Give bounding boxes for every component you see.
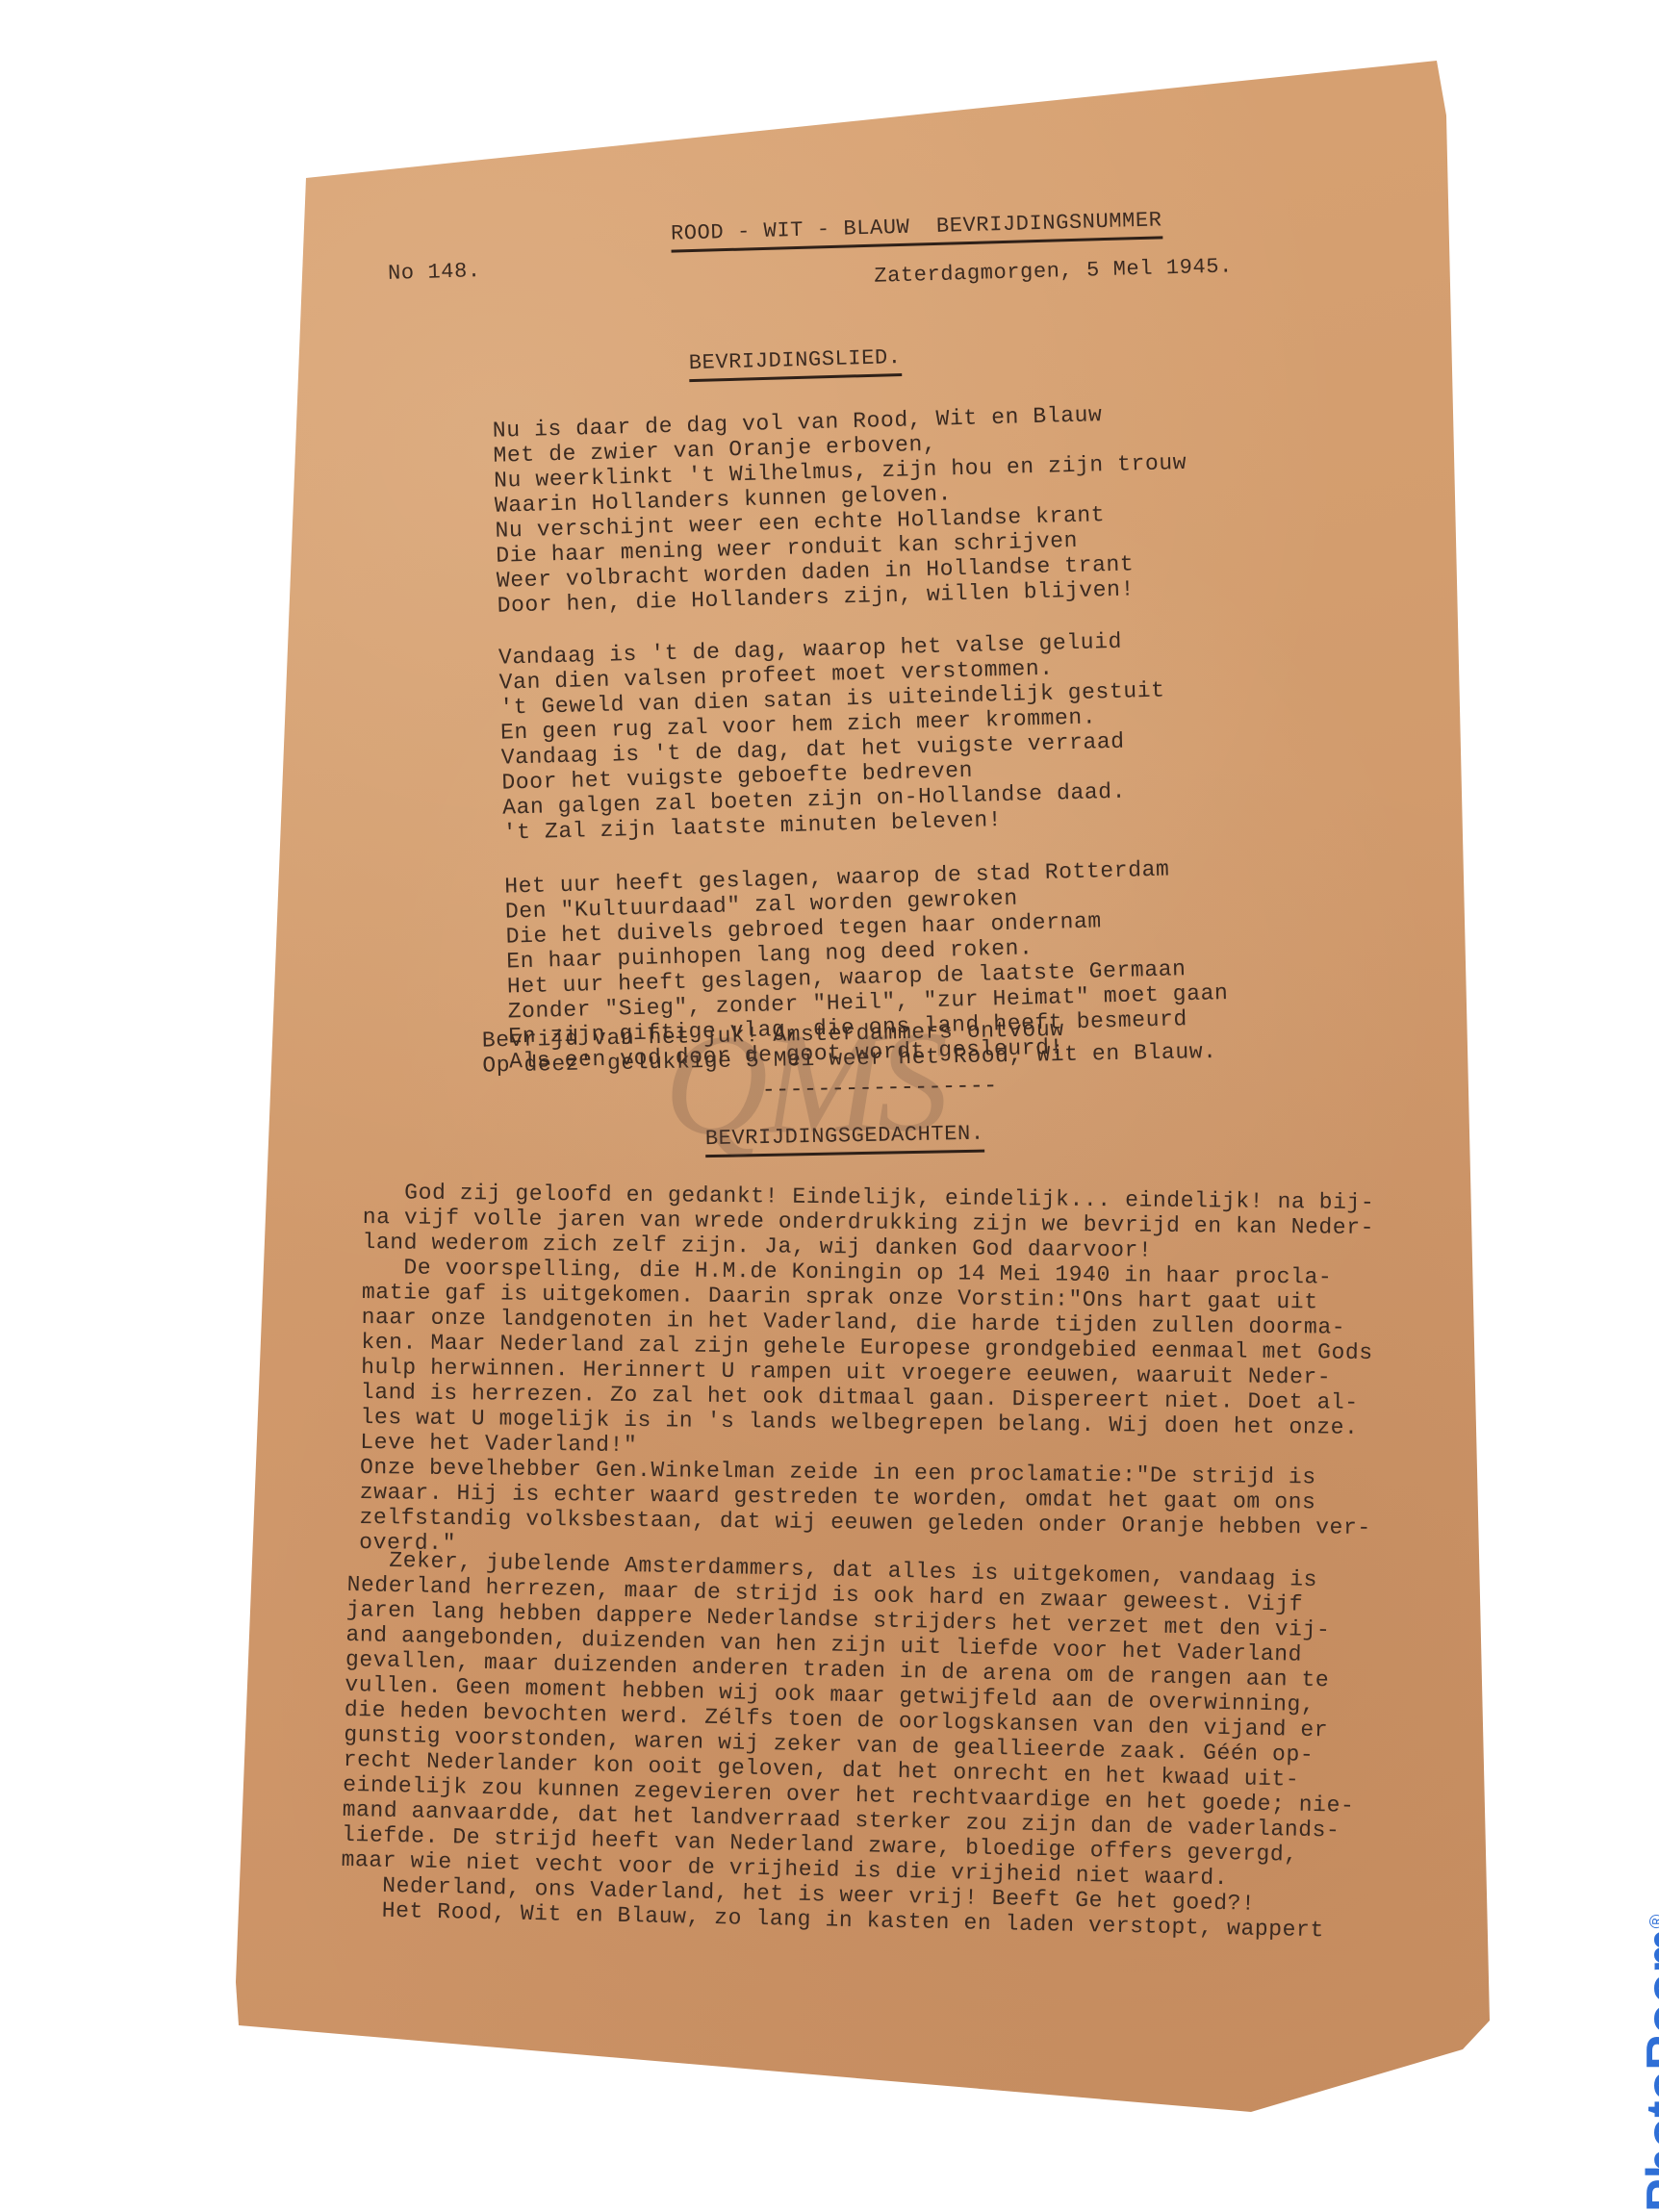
issue-number: No 148. bbox=[388, 259, 481, 286]
masthead-title: ROOD - WIT - BLAUW BEVRIJDINGSNUMMER bbox=[671, 208, 1162, 252]
dateline: Zaterdagmorgen, 5 Mel 1945. bbox=[874, 254, 1233, 288]
article-line: Leve het Vaderland!" bbox=[360, 1430, 637, 1458]
newsletter-content: No 148. ROOD - WIT - BLAUW BEVRIJDINGSNU… bbox=[0, 0, 1659, 2212]
photoroom-label: PhotoRoom bbox=[1637, 1928, 1659, 2212]
photoroom-watermark: PhotoRoom® bbox=[1636, 1915, 1659, 2212]
poem-title: BEVRIJDINGSLIED. bbox=[688, 345, 902, 382]
qms-watermark: QMS bbox=[663, 998, 945, 1168]
registered-mark: ® bbox=[1647, 1915, 1659, 1929]
